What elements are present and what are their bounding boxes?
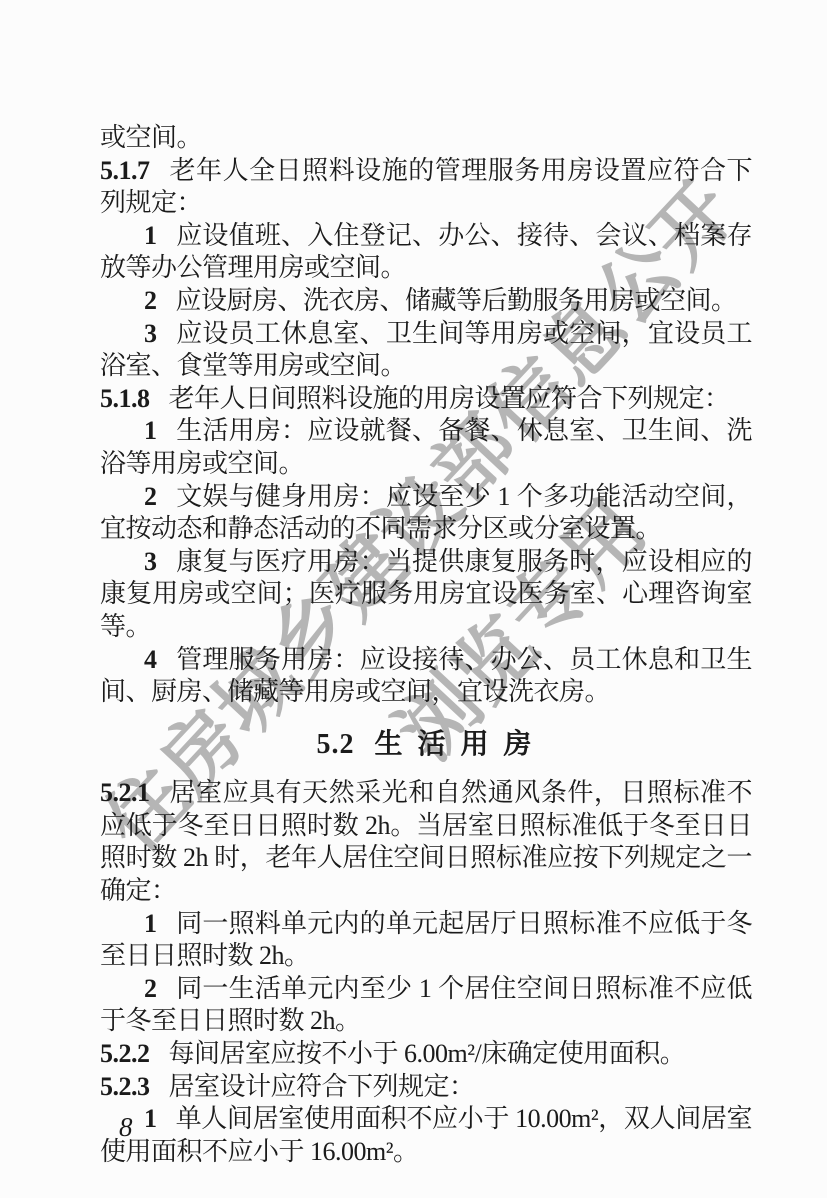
subitem-text: 康复与医疗用房：当提供康复服务时，应设相应的康复用房或空间；医疗服务用房宜设医务… xyxy=(100,547,752,641)
subitem-1: 1生活用房：应设就餐、备餐、休息室、卫生间、洗浴等用房或空间。 xyxy=(100,415,752,480)
clause-number: 5.1.8 xyxy=(100,384,150,413)
subitem-number: 3 xyxy=(144,547,157,576)
clause-text: 老年人全日照料设施的管理服务用房设置应符合下列规定： xyxy=(100,156,752,218)
paragraph-text: 或空间。 xyxy=(100,123,202,152)
subitem-3: 3康复与医疗用房：当提供康复服务时，应设相应的康复用房或空间；医疗服务用房宜设医… xyxy=(100,546,752,644)
subitem-number: 2 xyxy=(144,286,157,315)
text-column: 或空间。 5.1.7老年人全日照料设施的管理服务用房设置应符合下列规定： 1应设… xyxy=(100,122,752,1168)
subitem-text: 单人间居室使用面积不应小于 10.00m²，双人间居室使用面积不应小于 16.0… xyxy=(100,1104,752,1166)
subitem-number: 2 xyxy=(144,482,157,511)
clause-text: 居室设计应符合下列规定： xyxy=(169,1072,475,1101)
clause-text: 居室应具有天然采光和自然通风条件，日照标准不应低于冬至日日照时数 2h。当居室日… xyxy=(100,778,752,905)
subitem-number: 1 xyxy=(144,909,157,938)
subitem-text: 文娱与健身用房：应设至少 1 个多功能活动空间，宜按动态和静态活动的不同需求分区… xyxy=(100,482,752,544)
subitem-number: 1 xyxy=(144,1104,157,1133)
subitem-text: 生活用房：应设就餐、备餐、休息室、卫生间、洗浴等用房或空间。 xyxy=(100,416,752,478)
subitem-number: 1 xyxy=(144,416,157,445)
section-title: 生 活 用 房 xyxy=(374,729,535,760)
clause-5-1-7: 5.1.7老年人全日照料设施的管理服务用房设置应符合下列规定： xyxy=(100,155,752,220)
subitem-2: 2应设厨房、洗衣房、储藏等后勤服务用房或空间。 xyxy=(100,285,752,318)
subitem-2: 2同一生活单元内至少 1 个居住空间日照标准不应低于冬至日日照时数 2h。 xyxy=(100,973,752,1038)
subitem-text: 管理服务用房：应设接待、办公、员工休息和卫生间、厨房、储藏等用房或空间，宜设洗衣… xyxy=(100,645,752,707)
subitem-1: 1应设值班、入住登记、办公、接待、会议、档案存放等办公管理用房或空间。 xyxy=(100,220,752,285)
subitem-text: 应设值班、入住登记、办公、接待、会议、档案存放等办公管理用房或空间。 xyxy=(100,221,752,283)
paragraph-continuation: 或空间。 xyxy=(100,122,752,155)
subitem-1: 1单人间居室使用面积不应小于 10.00m²，双人间居室使用面积不应小于 16.… xyxy=(100,1103,752,1168)
subitem-text: 应设厨房、洗衣房、储藏等后勤服务用房或空间。 xyxy=(176,286,737,315)
subitem-number: 1 xyxy=(144,221,157,250)
clause-text: 老年人日间照料设施的用房设置应符合下列规定： xyxy=(169,384,730,413)
subitem-number: 3 xyxy=(144,319,157,348)
subitem-number: 2 xyxy=(144,974,157,1003)
page-number: 8 xyxy=(119,1112,133,1143)
subitem-number: 4 xyxy=(144,645,157,674)
clause-5-2-2: 5.2.2每间居室应按不小于 6.00m²/床确定使用面积。 xyxy=(100,1038,752,1071)
clause-number: 5.2.1 xyxy=(100,778,150,807)
clause-number: 5.2.3 xyxy=(100,1072,150,1101)
clause-5-1-8: 5.1.8老年人日间照料设施的用房设置应符合下列规定： xyxy=(100,383,752,416)
subitem-text: 应设员工休息室、卫生间等用房或空间，宜设员工浴室、食堂等用房或空间。 xyxy=(100,319,752,381)
section-heading: 5.2生 活 用 房 xyxy=(100,729,752,762)
subitem-text: 同一生活单元内至少 1 个居住空间日照标准不应低于冬至日日照时数 2h。 xyxy=(100,974,752,1036)
clause-number: 5.1.7 xyxy=(100,156,150,185)
subitem-3: 3应设员工休息室、卫生间等用房或空间，宜设员工浴室、食堂等用房或空间。 xyxy=(100,318,752,383)
subitem-2: 2文娱与健身用房：应设至少 1 个多功能活动空间，宜按动态和静态活动的不同需求分… xyxy=(100,481,752,546)
subitem-1: 1同一照料单元内的单元起居厅日照标准不应低于冬至日日照时数 2h。 xyxy=(100,908,752,973)
clause-number: 5.2.2 xyxy=(100,1039,150,1068)
section-number: 5.2 xyxy=(316,729,354,760)
subitem-4: 4管理服务用房：应设接待、办公、员工休息和卫生间、厨房、储藏等用房或空间，宜设洗… xyxy=(100,644,752,709)
subitem-text: 同一照料单元内的单元起居厅日照标准不应低于冬至日日照时数 2h。 xyxy=(100,909,752,971)
document-page: 住房城乡建设部信息公开 浏览专用 或空间。 5.1.7老年人全日照料设施的管理服… xyxy=(0,0,827,1198)
clause-5-2-3: 5.2.3居室设计应符合下列规定： xyxy=(100,1071,752,1104)
clause-5-2-1: 5.2.1居室应具有天然采光和自然通风条件，日照标准不应低于冬至日日照时数 2h… xyxy=(100,777,752,907)
clause-text: 每间居室应按不小于 6.00m²/床确定使用面积。 xyxy=(169,1039,686,1068)
